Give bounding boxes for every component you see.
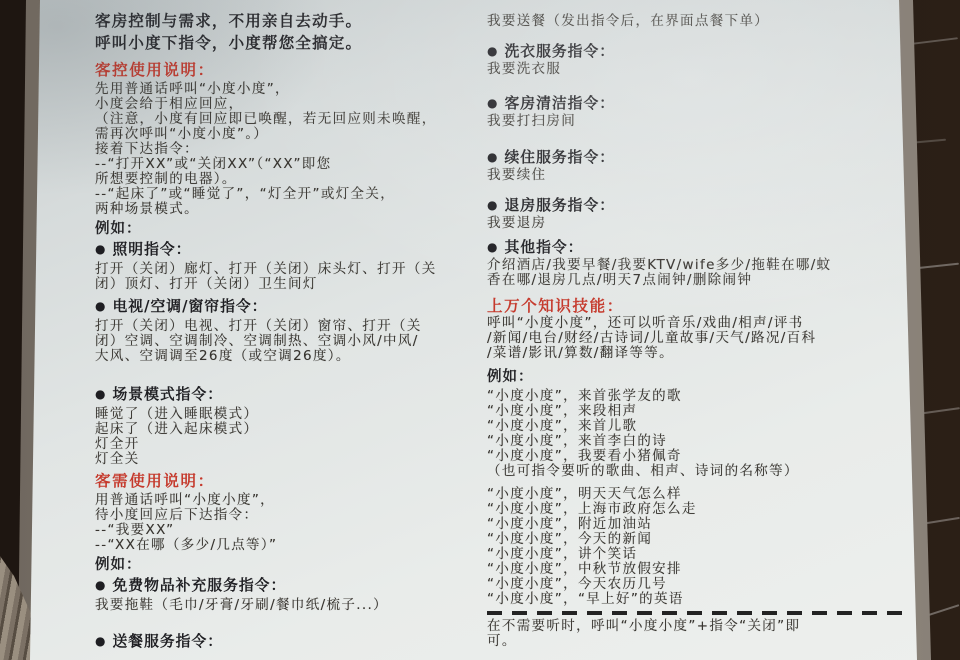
- red-section-heading: 客控使用说明：: [95, 60, 487, 80]
- bullet-heading: ●客房清洁指令：: [487, 93, 917, 114]
- bullet-heading-block: ●其他指令：: [487, 237, 917, 258]
- body-text-block: 我要续住: [487, 168, 917, 183]
- body-text-line: --“我要XX”: [95, 523, 487, 538]
- body-text-line: 香在哪/退房几点/明天7点闹钟/删除闹钟: [487, 273, 917, 288]
- body-text-line: （也可指令要听的歌曲、相声、诗词的名称等）: [487, 464, 917, 479]
- body-text-line: 闭）空调、空调制冷、空调制热、空调小风/中风/: [95, 334, 487, 349]
- body-text-line: 我要退房: [487, 216, 917, 231]
- right-column: 我要送餐（发出指令后，在界面点餐下单）●洗衣服务指令：我要洗衣服●客房清洁指令：…: [487, 0, 917, 649]
- body-text-line: “小度小度”，今天的新闻: [487, 532, 917, 547]
- body-text-line: （注意，小度有回应即已唤醒，若无回应则未唤醒，: [95, 112, 487, 127]
- bullet-heading: ●照明指令：: [95, 239, 487, 260]
- body-text-line: 介绍酒店/我要早餐/我要KTV/wife多少/拖鞋在哪/蚊: [487, 258, 917, 273]
- red-heading-label: 上万个知识技能：: [487, 296, 917, 316]
- dashed-divider: [487, 611, 905, 615]
- example-label-block: 例如：: [487, 367, 917, 387]
- bullet-heading-label: 续住服务指令：: [504, 149, 615, 166]
- bullet-icon: ●: [95, 299, 106, 313]
- body-text-line: 打开（关闭）电视、打开（关闭）窗帘、打开（关: [95, 319, 487, 334]
- red-heading-label: 客需使用说明：: [95, 471, 487, 491]
- body-text-line: 需再次呼叫“小度小度”。）: [95, 127, 487, 142]
- bullet-heading-block: ●退房服务指令：: [487, 195, 917, 216]
- body-text-line: 小度会给于相应回应，: [95, 97, 487, 112]
- example-label: 例如：: [487, 367, 917, 387]
- body-text-line: 所想要控制的电器）。: [95, 172, 487, 187]
- bullet-heading: ●洗衣服务指令：: [487, 41, 917, 62]
- example-label: 例如：: [95, 219, 487, 239]
- bullet-heading: ●电视/空调/窗帘指令：: [95, 296, 487, 317]
- body-text-block: 我要洗衣服: [487, 62, 917, 77]
- body-text-line: 在不需要听时，呼叫“小度小度”+指令“关闭”即: [487, 619, 917, 634]
- bullet-icon: ●: [487, 44, 498, 58]
- bullet-heading-label: 送餐服务指令：: [112, 633, 223, 650]
- body-text-line: 灯全关: [95, 452, 487, 467]
- body-text-line: “小度小度”，讲个笑话: [487, 547, 917, 562]
- bullet-icon: ●: [95, 242, 106, 256]
- bullet-heading: ●场景模式指令：: [95, 384, 487, 405]
- red-section-heading: 上万个知识技能：: [487, 296, 917, 316]
- body-text-block: 在不需要听时，呼叫“小度小度”+指令“关闭”即可。: [487, 619, 917, 649]
- body-text-block: 我要打扫房间: [487, 114, 917, 129]
- bullet-heading: ●其他指令：: [487, 237, 917, 258]
- bullet-icon: ●: [95, 578, 106, 592]
- body-text-line: 睡觉了（进入睡眠模式）: [95, 407, 487, 422]
- body-text-block: “小度小度”，明天天气怎么样“小度小度”，上海市政府怎么走“小度小度”，附近加油…: [487, 487, 917, 607]
- bullet-heading-label: 洗衣服务指令：: [504, 43, 615, 60]
- body-text-line: “小度小度”，中秋节放假安排: [487, 562, 917, 577]
- body-text-line: 闭）顶灯、打开（关闭）卫生间灯: [95, 277, 487, 292]
- body-text-block: 打开（关闭）电视、打开（关闭）窗帘、打开（关闭）空调、空调制冷、空调制热、空调小…: [95, 319, 487, 364]
- body-text-line: 我要洗衣服: [487, 62, 917, 77]
- body-text-line: “小度小度”，来段相声: [487, 404, 917, 419]
- body-text-line: 我要送餐（发出指令后，在界面点餐下单）: [487, 14, 917, 29]
- bullet-heading-label: 照明指令：: [112, 241, 191, 258]
- intro-heading-line: 呼叫小度下指令，小度帮您全搞定。: [95, 32, 487, 54]
- bullet-icon: ●: [487, 198, 498, 212]
- bullet-heading-label: 退房服务指令：: [504, 197, 615, 214]
- bullet-icon: ●: [487, 96, 498, 110]
- bullet-icon: ●: [95, 387, 106, 401]
- body-text-line: 我要续住: [487, 168, 917, 183]
- bullet-heading-label: 电视/空调/窗帘指令：: [112, 298, 267, 315]
- body-text-block: “小度小度”，来首张学友的歌“小度小度”，来段相声“小度小度”，来首儿歌“小度小…: [487, 389, 917, 479]
- body-text-line: 我要拖鞋（毛巾/牙膏/牙刷/餐巾纸/梳子...）: [95, 598, 487, 613]
- body-text-block: 睡觉了（进入睡眠模式）起床了（进入起床模式）灯全开灯全关: [95, 407, 487, 467]
- body-text-line: 两种场景模式。: [95, 202, 487, 217]
- bullet-icon: ●: [487, 150, 498, 164]
- bullet-heading-block: ●送餐服务指令：: [95, 631, 487, 652]
- bullet-heading-block: ●照明指令：: [95, 239, 487, 260]
- body-text-block: 呼叫“小度小度”，还可以听音乐/戏曲/相声/评书/新闻/电台/财经/古诗词/儿童…: [487, 316, 917, 361]
- body-text-line: 灯全开: [95, 437, 487, 452]
- bullet-heading-block: ●洗衣服务指令：: [487, 41, 917, 62]
- body-text-line: 接着下达指令：: [95, 142, 487, 157]
- body-text-block: 介绍酒店/我要早餐/我要KTV/wife多少/拖鞋在哪/蚊香在哪/退房几点/明天…: [487, 258, 917, 288]
- body-text-line: “小度小度”，上海市政府怎么走: [487, 502, 917, 517]
- body-text-line: “小度小度”，来首李白的诗: [487, 434, 917, 449]
- bullet-heading-label: 免费物品补充服务指令：: [112, 577, 286, 594]
- body-text-line: 用普通话呼叫“小度小度”，: [95, 493, 487, 508]
- body-text-line: 待小度回应后下达指令：: [95, 508, 487, 523]
- intro-heading-block: 客房控制与需求，不用亲自去动手。呼叫小度下指令，小度帮您全搞定。: [95, 10, 487, 54]
- body-text-line: --“打开XX”或“关闭XX”（“XX”即您: [95, 157, 487, 172]
- body-text-line: “小度小度”，来首儿歌: [487, 419, 917, 434]
- body-text-line: “小度小度”，明天天气怎么样: [487, 487, 917, 502]
- bullet-heading-label: 其他指令：: [504, 239, 583, 256]
- body-text-line: 我要打扫房间: [487, 114, 917, 129]
- body-text-block: 打开（关闭）廊灯、打开（关闭）床头灯、打开（关闭）顶灯、打开（关闭）卫生间灯: [95, 262, 487, 292]
- body-text-block: 用普通话呼叫“小度小度”，待小度回应后下达指令：--“我要XX”--“XX在哪（…: [95, 493, 487, 553]
- body-text-block: 我要拖鞋（毛巾/牙膏/牙刷/餐巾纸/梳子...）: [95, 598, 487, 613]
- bullet-heading-label: 客房清洁指令：: [504, 95, 615, 112]
- bullet-icon: ●: [487, 240, 498, 254]
- body-text-block: 我要退房: [487, 216, 917, 231]
- body-text-line: 可。: [487, 634, 917, 649]
- bullet-heading-block: ●客房清洁指令：: [487, 93, 917, 114]
- body-text-line: “小度小度”，我要看小猪佩奇: [487, 449, 917, 464]
- bullet-heading-block: ●续住服务指令：: [487, 147, 917, 168]
- bullet-icon: ●: [95, 634, 106, 648]
- bullet-heading: ●续住服务指令：: [487, 147, 917, 168]
- body-text-line: “小度小度”，来首张学友的歌: [487, 389, 917, 404]
- bullet-heading: ●免费物品补充服务指令：: [95, 575, 487, 596]
- body-text-block: 先用普通话呼叫“小度小度”，小度会给于相应回应，（注意，小度有回应即已唤醒，若无…: [95, 82, 487, 217]
- bullet-heading: ●退房服务指令：: [487, 195, 917, 216]
- example-label-block: 例如：: [95, 555, 487, 575]
- body-text-line: 呼叫“小度小度”，还可以听音乐/戏曲/相声/评书: [487, 316, 917, 331]
- body-text-line: --“XX在哪（多少/几点等）”: [95, 538, 487, 553]
- example-label-block: 例如：: [95, 219, 487, 239]
- body-text-line: /菜谱/影讯/算数/翻译等等。: [487, 346, 917, 361]
- bullet-heading-block: ●免费物品补充服务指令：: [95, 575, 487, 596]
- intro-heading-line: 客房控制与需求，不用亲自去动手。: [95, 10, 487, 32]
- red-heading-label: 客控使用说明：: [95, 60, 487, 80]
- body-text-line: “小度小度”，“早上好”的英语: [487, 592, 917, 607]
- body-text-block: 我要送餐（发出指令后，在界面点餐下单）: [487, 14, 917, 29]
- bullet-heading: ●送餐服务指令：: [95, 631, 487, 652]
- bullet-heading-label: 场景模式指令：: [112, 386, 223, 403]
- photo-of-instruction-sheet: 客房控制与需求，不用亲自去动手。呼叫小度下指令，小度帮您全搞定。客控使用说明：先…: [0, 0, 960, 660]
- body-text-line: 起床了（进入起床模式）: [95, 422, 487, 437]
- body-text-line: “小度小度”，附近加油站: [487, 517, 917, 532]
- left-column: 客房控制与需求，不用亲自去动手。呼叫小度下指令，小度帮您全搞定。客控使用说明：先…: [95, 0, 487, 652]
- body-text-line: 打开（关闭）廊灯、打开（关闭）床头灯、打开（关: [95, 262, 487, 277]
- bullet-heading-block: ●场景模式指令：: [95, 384, 487, 405]
- body-text-line: --“起床了”或“睡觉了”，“灯全开”或灯全关，: [95, 187, 487, 202]
- red-section-heading: 客需使用说明：: [95, 471, 487, 491]
- example-label: 例如：: [95, 555, 487, 575]
- body-text-line: /新闻/电台/财经/古诗词/儿童故事/天气/路况/百科: [487, 331, 917, 346]
- body-text-line: “小度小度”，今天农历几号: [487, 577, 917, 592]
- body-text-line: 先用普通话呼叫“小度小度”，: [95, 82, 487, 97]
- bullet-heading-block: ●电视/空调/窗帘指令：: [95, 296, 487, 317]
- body-text-line: 大风、空调调至26度（或空调26度）。: [95, 349, 487, 364]
